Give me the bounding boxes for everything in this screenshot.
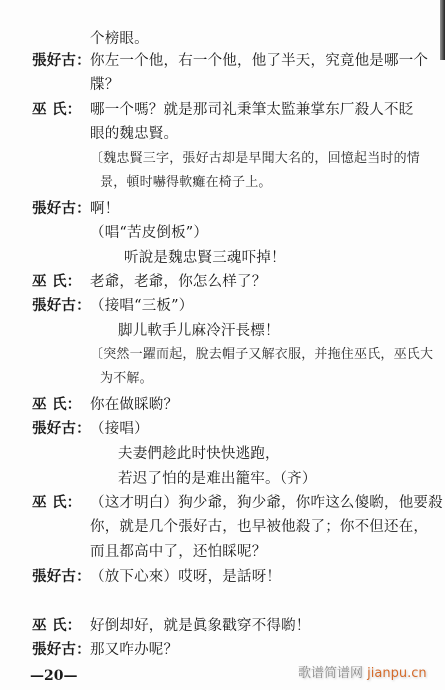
scanned-page: 个榜眼。 張好古： 你左一个他，右一个他，他了半天，究竟他是哪一个 牒？ 巫 氏… <box>0 0 445 690</box>
speaker-label: 巫 氏： <box>32 617 90 635</box>
speaker-label: 巫 氏： <box>32 273 90 291</box>
speaker-label: 巫 氏： <box>32 494 90 512</box>
speaker-label: 張好古： <box>32 52 90 70</box>
speaker-label: 張好古： <box>32 297 90 315</box>
speaker-label: 張好古： <box>32 420 90 438</box>
speaker-label: 張好古： <box>32 568 90 586</box>
watermark-cn: 歌谱简谱网 <box>298 666 363 681</box>
speaker-label: 張好古： <box>32 641 90 659</box>
page-number: —20— <box>30 668 77 684</box>
speaker-label: 巫 氏： <box>32 101 90 119</box>
speaker-label: 巫 氏： <box>32 396 90 414</box>
watermark: 歌谱简谱网 jianpu.cn <box>298 662 427 681</box>
watermark-latin: jianpu.cn <box>367 666 426 681</box>
page-edge-shadow <box>440 0 445 60</box>
speaker-label: 張好古： <box>32 200 90 218</box>
